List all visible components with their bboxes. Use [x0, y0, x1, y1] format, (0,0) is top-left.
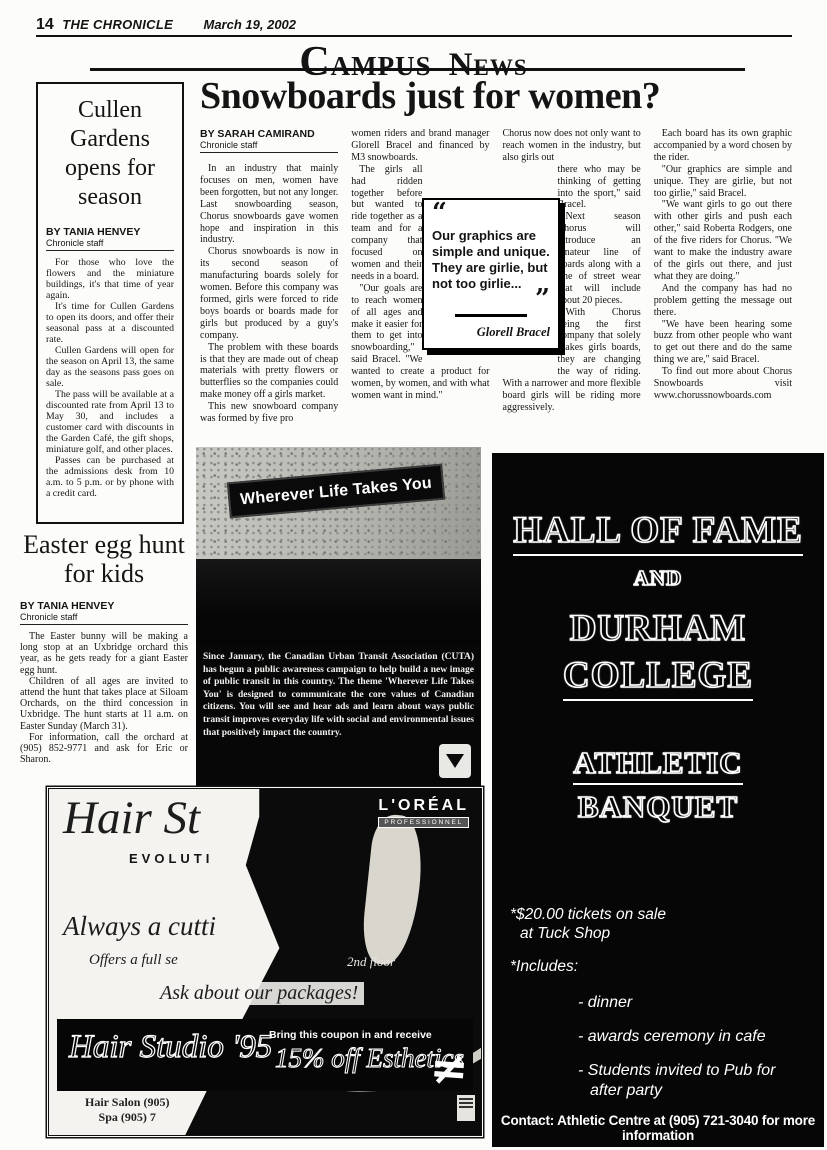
transit-photo-ad: Wherever Life Takes You Since January, t…: [196, 447, 481, 790]
section-title-rule: [90, 68, 745, 71]
masthead-rule: [36, 35, 792, 37]
spa-phone: Spa (905) 7: [85, 1110, 169, 1125]
paragraph: Cullen Gardens will open for the season …: [46, 345, 174, 389]
includes-label: *Includes:: [510, 957, 666, 976]
main-article: BY SARAH CAMIRAND Chronicle staff In an …: [200, 128, 792, 446]
paragraph: The problem with these boards is that th…: [200, 342, 338, 402]
paragraph: Children of all ages are invited to atte…: [20, 676, 188, 732]
transit-caption: Since January, the Canadian Urban Transi…: [203, 651, 474, 739]
cullen-byline-org: Chronicle staff: [46, 238, 174, 251]
paragraph: For those who love the flowers and the m…: [46, 257, 174, 301]
main-headline: Snowboards just for women?: [200, 74, 794, 118]
not-equal-mark-icon: ≠: [429, 1040, 471, 1097]
paragraph: For information, call the orchard at (90…: [20, 732, 188, 766]
arrow-down-icon: [446, 754, 464, 768]
hair-salon-phone: Hair Salon (905): [85, 1095, 169, 1110]
hair-studio-95-wordmark: Hair Studio '95: [69, 1029, 272, 1066]
hair-tagline-2: Offers a full se: [89, 952, 178, 969]
list-item: - awards ceremony in cafe: [578, 1027, 798, 1047]
close-quote-glyph: ”: [432, 292, 550, 306]
hair-tagline-3: Ask about our packages!: [154, 982, 364, 1005]
paragraph: Passes can be purchased at the admission…: [46, 455, 174, 499]
issue-date: March 19, 2002: [204, 17, 297, 32]
ticket-price-line: *$20.00 tickets on sale: [510, 905, 666, 924]
paragraph: This new snowboard company was formed by…: [200, 401, 338, 425]
paragraph: Chorus now does not only want to reach w…: [503, 128, 641, 164]
banquet-title-athletic: ATHLETIC: [492, 745, 824, 781]
paragraph: To find out more about Chorus Snowboards…: [654, 366, 792, 402]
banquet-title-banquet: BANQUET: [492, 789, 824, 825]
banquet-title-college: COLLEGE: [492, 654, 824, 697]
easter-byline-org: Chronicle staff: [20, 612, 188, 625]
paragraph: The pass will be available at a discount…: [46, 389, 174, 455]
article-column-4: Each board has its own graphic accompani…: [654, 128, 792, 446]
publication-name: THE CHRONICLE: [62, 17, 173, 32]
hair-studio-ad: Hair St EVOLUTI Always a cutti Offers a …: [48, 788, 482, 1136]
easter-byline: BY TANIA HENVEY: [20, 600, 188, 612]
paragraph: "Our graphics are simple and unique. The…: [654, 164, 792, 200]
athletic-banquet-ad: HALL OF FAME AND DURHAM COLLEGE ATHLETIC…: [492, 453, 824, 1147]
loreal-professionnel-bar: PROFESSIONNEL: [378, 817, 469, 828]
paragraph: Each board has its own graphic accompani…: [654, 128, 792, 164]
hair-evolution-label: EVOLUTI: [129, 851, 213, 866]
hair-floor-note: 2nd floor: [347, 954, 395, 970]
easter-headline: Easter egg hunt for kids: [20, 530, 188, 588]
banquet-title-text: HALL OF FAME: [513, 510, 803, 556]
pull-quote-attribution: Glorell Bracel: [432, 325, 550, 342]
cullen-gardens-article: Cullen Gardens opens for season BY TANIA…: [36, 82, 184, 524]
loreal-logo: L'ORÉAL PROFESSIONNEL: [378, 797, 469, 828]
main-byline: BY SARAH CAMIRAND: [200, 128, 338, 140]
cullen-byline: BY TANIA HENVEY: [46, 226, 174, 238]
paragraph: "We have been hearing some buzz from oth…: [654, 319, 792, 367]
paragraph: And the company has had no problem getti…: [654, 283, 792, 319]
page-number: 14: [36, 16, 54, 33]
main-byline-org: Chronicle staff: [200, 140, 338, 153]
masthead: 14 THE CHRONICLE March 19, 2002: [36, 16, 296, 34]
paragraph: "We want girls to go out there with othe…: [654, 199, 792, 282]
main-byline-wrap: BY SARAH CAMIRAND Chronicle staff: [200, 128, 338, 153]
transit-photo-dark-area: [196, 559, 481, 644]
hair-tagline-1: Always a cutti: [63, 911, 216, 942]
banquet-title-and: AND: [492, 566, 824, 591]
fine-print-box: [457, 1095, 475, 1121]
hair-phone-lines: Hair Salon (905) Spa (905) 7: [85, 1095, 169, 1125]
transit-logo-icon: [439, 744, 471, 778]
banquet-includes-list: - dinner - awards ceremony in cafe - Stu…: [578, 993, 798, 1115]
list-item: - dinner: [578, 993, 798, 1013]
ticket-location-line: at Tuck Shop: [510, 924, 666, 943]
coupon-text: Bring this coupon in and receive: [269, 1029, 432, 1041]
hair-coupon-banner: Hair Studio '95 Bring this coupon in and…: [57, 1019, 473, 1091]
loreal-wordmark: L'ORÉAL: [378, 797, 469, 815]
easter-body: The Easter bunny will be making a long s…: [20, 631, 188, 765]
paragraph: It's time for Cullen Gardens to open its…: [46, 301, 174, 345]
list-item: - Students invited to Pub for after part…: [578, 1061, 798, 1101]
banquet-ticket-info: *$20.00 tickets on sale at Tuck Shop *In…: [510, 905, 666, 976]
hair-studio-script-title: Hair St: [63, 791, 200, 845]
paragraph: women riders and brand manager Glorell B…: [351, 128, 489, 164]
easter-egg-article: Easter egg hunt for kids BY TANIA HENVEY…: [20, 530, 188, 765]
banquet-contact-line: Contact: Athletic Centre at (905) 721-30…: [492, 1113, 824, 1143]
open-quote-glyph: “: [432, 208, 447, 218]
banquet-title-hall-of-fame: HALL OF FAME: [492, 509, 824, 552]
cullen-headline: Cullen Gardens opens for season: [46, 96, 174, 212]
pull-quote-box: “ Our graphics are simple and unique. Th…: [422, 198, 560, 350]
pull-quote-text: Our graphics are simple and unique. They…: [432, 228, 550, 292]
banquet-title-durham: DURHAM: [492, 607, 824, 650]
cullen-body: For those who love the flowers and the m…: [46, 257, 174, 499]
paragraph: Chorus snowboards is now in its second s…: [200, 246, 338, 341]
paragraph: In an industry that mainly focuses on me…: [200, 163, 338, 246]
pull-quote-rule: [455, 314, 527, 317]
article-column-1: BY SARAH CAMIRAND Chronicle staff In an …: [200, 128, 338, 446]
banquet-title-text: ATHLETIC: [573, 745, 742, 785]
paragraph: The Easter bunny will be making a long s…: [20, 631, 188, 676]
banquet-title-text: COLLEGE: [563, 655, 753, 701]
